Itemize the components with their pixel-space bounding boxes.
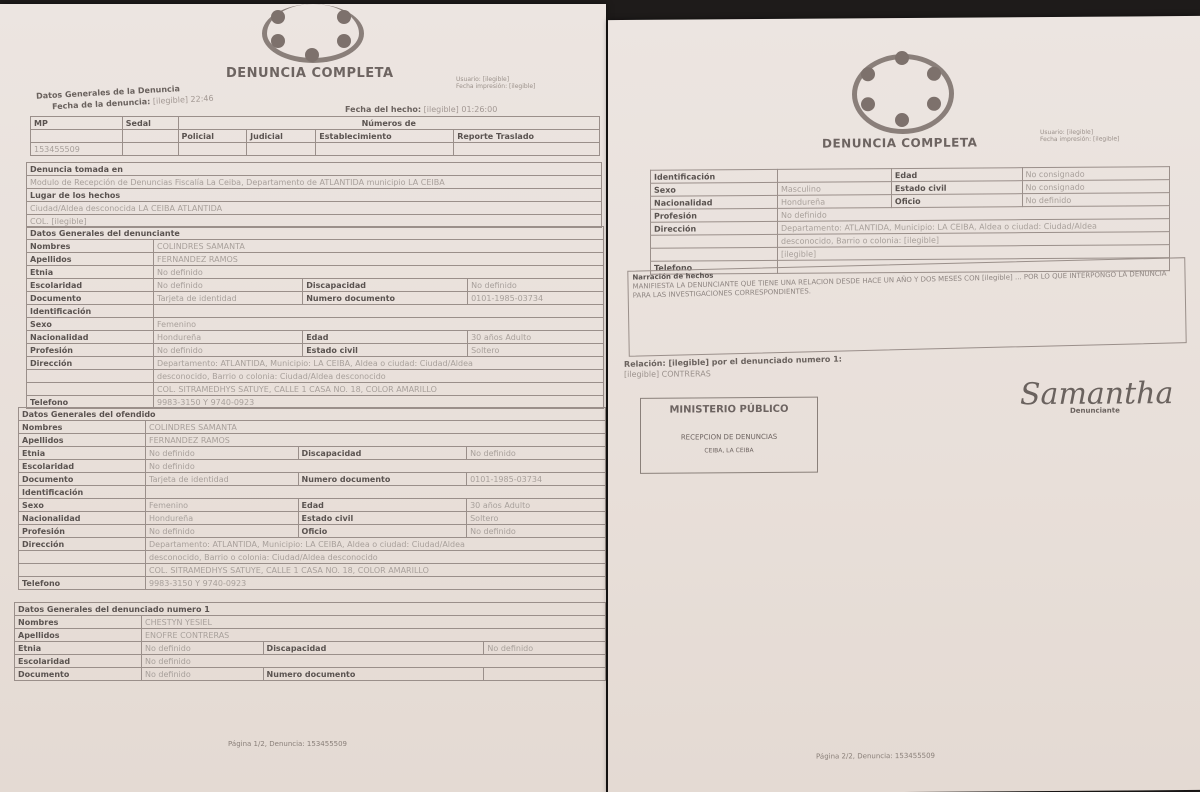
tomada-en-label: Denuncia tomada en <box>27 163 602 176</box>
numbers-table: MP Sedal Números de Policial Judicial Es… <box>30 116 600 156</box>
numeros-label: Números de <box>178 117 599 130</box>
tomada-en-value: Modulo de Recepción de Denuncias Fiscalí… <box>27 176 602 189</box>
narracion-box: Narración de hechos MANIFIESTA LA DENUNC… <box>627 257 1186 357</box>
field-label: Nombres <box>19 421 146 434</box>
field-label: Dirección <box>19 538 146 551</box>
field-value: Soltero <box>468 344 604 357</box>
print-date-line: Fecha impresión: [ilegible] <box>1040 135 1119 143</box>
field-value: No definido <box>142 655 606 668</box>
field-value: FERNANDEZ RAMOS <box>146 434 606 447</box>
logo-icon <box>852 54 954 135</box>
field-value: Soltero <box>467 512 606 525</box>
field-label: Documento <box>19 473 146 486</box>
field-label: Edad <box>303 331 468 344</box>
col-mp: MP <box>31 117 123 130</box>
field-value: No definido <box>142 668 264 681</box>
page-title: DENUNCIA COMPLETA <box>226 66 394 81</box>
field-label: Apellidos <box>19 434 146 447</box>
field-value: No definido <box>142 642 264 655</box>
field-value: No definido <box>154 344 303 357</box>
field-value: 0101-1985-03734 <box>467 473 606 486</box>
document-page-1: DENUNCIA COMPLETA Usuario: [ilegible] Fe… <box>0 4 606 792</box>
field-label: Escolaridad <box>19 460 146 473</box>
lugar-label: Lugar de los hechos <box>27 189 602 202</box>
field-label: Identificación <box>19 486 146 499</box>
field-value: Departamento: ATLANTIDA, Municipio: LA C… <box>146 538 606 551</box>
ministerio-stamp: MINISTERIO PÚBLICO RECEPCION DE DENUNCIA… <box>640 397 818 474</box>
fecha-denuncia-label: Fecha de la denuncia: <box>52 97 151 111</box>
field-value: 0101-1985-03734 <box>468 292 604 305</box>
field-value: No definido <box>146 460 606 473</box>
field-value: ENOFRE CONTRERAS <box>142 629 606 642</box>
fecha-hecho: Fecha del hecho: [ilegible] 01:26:00 <box>345 105 497 114</box>
denunciado-section: Datos Generales del denunciado numero 1 <box>15 603 606 616</box>
field-value: 30 años Adulto <box>468 331 604 344</box>
field-label: Nombres <box>27 240 154 253</box>
field-label: Identificación <box>27 305 154 318</box>
field-value: COL. SITRAMEDHYS SATUYE, CALLE 1 CASA NO… <box>154 383 604 396</box>
field-value: No definido <box>467 525 606 538</box>
field-label: Oficio <box>298 525 467 538</box>
field-label: Nacionalidad <box>27 331 154 344</box>
field-label: Etnia <box>19 447 146 460</box>
field-label: Documento <box>27 292 154 305</box>
field-label: Estado civil <box>891 181 1022 195</box>
ofendido-table: Datos Generales del ofendido NombresCOLI… <box>18 407 606 590</box>
fecha-hecho-label: Fecha del hecho: <box>345 105 421 114</box>
field-value: Femenino <box>146 499 299 512</box>
fecha-hecho-value: [ilegible] 01:26:00 <box>424 105 498 114</box>
field-label: Documento <box>15 668 142 681</box>
field-label: Escolaridad <box>15 655 142 668</box>
col-judicial: Judicial <box>247 130 316 143</box>
field-label: Sexo <box>651 182 778 196</box>
field-label: Etnia <box>15 642 142 655</box>
field-value: No definido <box>146 447 299 460</box>
field-value: No definido <box>154 266 604 279</box>
field-value: Tarjeta de identidad <box>154 292 303 305</box>
field-value: FERNANDEZ RAMOS <box>154 253 604 266</box>
field-value: 30 años Adulto <box>467 499 606 512</box>
page-footer: Página 1/2, Denuncia: 153455509 <box>228 740 347 748</box>
signature-label: Denunciante <box>1070 406 1120 414</box>
field-value: CHESTYN YESIEL <box>142 616 606 629</box>
user-line: Usuario: [ilegible] <box>456 76 535 83</box>
field-value: No definido <box>154 279 303 292</box>
field-value: No definido <box>468 279 604 292</box>
field-label: Estado civil <box>298 512 467 525</box>
field-label: Sexo <box>27 318 154 331</box>
field-label: Edad <box>298 499 467 512</box>
field-label: Nacionalidad <box>651 195 778 209</box>
ofendido-section: Datos Generales del ofendido <box>19 408 606 421</box>
mp-value: 153455509 <box>31 143 123 156</box>
user-box: Usuario: [ilegible] Fecha impresión: [il… <box>456 76 535 90</box>
field-label: Estado civil <box>303 344 468 357</box>
field-label: Nombres <box>15 616 142 629</box>
lugar-value: Ciudad/Aldea desconocida LA CEIBA ATLANT… <box>27 202 602 215</box>
denunciado-table: Datos Generales del denunciado numero 1 … <box>14 602 606 681</box>
field-value: Femenino <box>154 318 604 331</box>
field-label: Discapacidad <box>298 447 467 460</box>
col-sedal: Sedal <box>122 117 178 130</box>
col-policial: Policial <box>178 130 247 143</box>
relacion-value: [ilegible] CONTRERAS <box>624 369 711 379</box>
field-value <box>484 668 606 681</box>
field-label: Apellidos <box>27 253 154 266</box>
field-value: desconocido, Barrio o colonia: Ciudad/Al… <box>154 370 604 383</box>
field-value: No definido <box>467 447 606 460</box>
field-value: Masculino <box>778 182 892 196</box>
field-value: No consignado <box>1022 180 1170 194</box>
document-page-2: DENUNCIA COMPLETA Usuario: [ilegible] Fe… <box>608 16 1200 792</box>
field-label: Sexo <box>19 499 146 512</box>
field-value: desconocido, Barrio o colonia: Ciudad/Al… <box>146 551 606 564</box>
field-value: 9983-3150 Y 9740-0923 <box>146 577 606 590</box>
field-value <box>778 169 892 183</box>
fecha-denuncia-value: [ilegible] 22:46 <box>153 94 214 106</box>
field-label: Numero documento <box>298 473 467 486</box>
logo-icon <box>262 4 364 63</box>
field-label: Profesión <box>19 525 146 538</box>
field-label: Profesión <box>651 208 778 222</box>
field-value: No consignado <box>1022 167 1170 181</box>
field-value: Hondureña <box>146 512 299 525</box>
field-label: Numero documento <box>303 292 468 305</box>
stamp-line: RECEPCION DE DENUNCIAS <box>641 433 817 442</box>
stamp-title: MINISTERIO PÚBLICO <box>641 404 817 416</box>
page-title: DENUNCIA COMPLETA <box>822 135 977 150</box>
field-value: COL. SITRAMEDHYS SATUYE, CALLE 1 CASA NO… <box>146 564 606 577</box>
field-label: Oficio <box>891 194 1022 208</box>
denunciante-section: Datos Generales del denunciante <box>27 227 604 240</box>
field-label: Escolaridad <box>27 279 154 292</box>
field-label: Profesión <box>27 344 154 357</box>
print-date-line: Fecha impresión: [ilegible] <box>456 83 535 90</box>
field-value: Hondureña <box>154 331 303 344</box>
denunciante-table: Datos Generales del denunciante NombresC… <box>26 226 604 409</box>
field-label: Dirección <box>27 357 154 370</box>
field-value: Departamento: ATLANTIDA, Municipio: LA C… <box>154 357 604 370</box>
col-establecimiento: Establecimiento <box>316 130 454 143</box>
field-label: Etnia <box>27 266 154 279</box>
field-label: Apellidos <box>15 629 142 642</box>
field-label: Identificación <box>651 169 778 183</box>
field-value: No definido <box>146 525 299 538</box>
field-label: Discapacidad <box>303 279 468 292</box>
field-label: Discapacidad <box>263 642 484 655</box>
field-label: Telefono <box>19 577 146 590</box>
field-value: COLINDRES SAMANTA <box>154 240 604 253</box>
field-value: No definido <box>1022 193 1170 207</box>
relacion-label: Relación: [ilegible] por el denunciado n… <box>624 355 842 369</box>
field-value: COLINDRES SAMANTA <box>146 421 606 434</box>
field-value: Hondureña <box>778 195 892 209</box>
page-footer: Página 2/2, Denuncia: 153455509 <box>816 752 935 761</box>
field-label: Dirección <box>651 221 778 235</box>
col-reporte: Reporte Traslado <box>454 130 600 143</box>
field-label: Edad <box>891 168 1022 182</box>
field-value: No definido <box>484 642 606 655</box>
field-value: Tarjeta de identidad <box>146 473 299 486</box>
stamp-line: CEIBA, LA CEIBA <box>641 447 817 455</box>
field-label: Numero documento <box>263 668 484 681</box>
user-box: Usuario: [ilegible] Fecha impresión: [il… <box>1040 128 1119 143</box>
field-label: Nacionalidad <box>19 512 146 525</box>
lugar-table: Denuncia tomada en Modulo de Recepción d… <box>26 162 602 228</box>
